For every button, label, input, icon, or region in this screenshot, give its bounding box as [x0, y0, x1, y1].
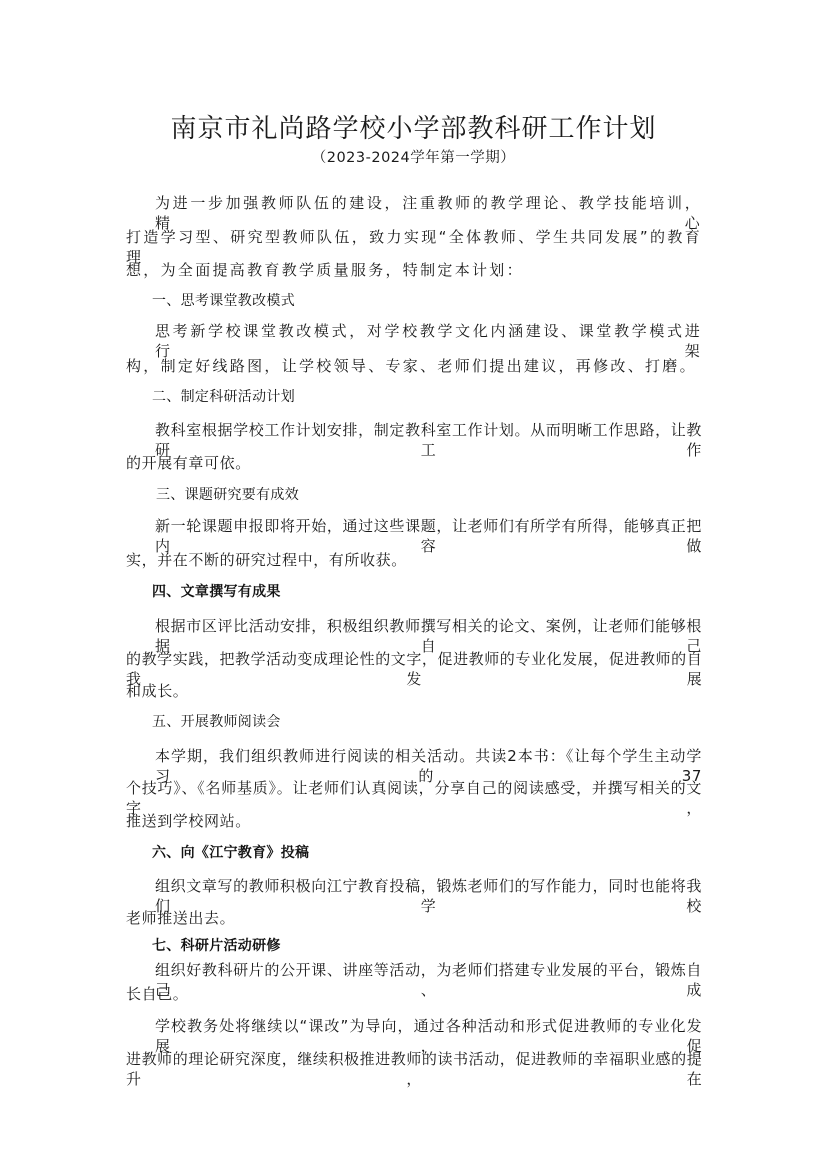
section-heading: 二、制定科研活动计划	[152, 387, 295, 407]
paragraph-line: 思考新学校课堂教改模式，对学校教学文化内涵建设、课堂教学模式进行架	[155, 321, 702, 361]
paragraph-line: 构，制定好线路图，让学校领导、专家、老师们提出建议，再修改、打磨。	[126, 356, 702, 376]
section-heading: 五、开展教师阅读会	[152, 712, 281, 732]
document-page: 南京市礼尚路学校小学部教科研工作计划 （2023-2024学年第一学期） 为进一…	[0, 0, 827, 1170]
paragraph-line: 推送到学校网站。	[126, 811, 702, 831]
document-title: 南京市礼尚路学校小学部教科研工作计划	[0, 108, 827, 145]
paragraph-line: 老师推送出去。	[126, 908, 702, 928]
paragraph-line: 的开展有章可依。	[126, 453, 702, 473]
section-heading: 三、课题研究要有成效	[156, 485, 299, 505]
paragraph-line: 长自己。	[126, 984, 702, 1004]
section-heading: 七、科研片活动研修	[152, 936, 281, 956]
intro-line: 想，为全面提高教育教学质量服务，特制定本计划：	[126, 260, 702, 280]
section-heading: 四、文章撰写有成果	[152, 582, 281, 602]
paragraph-line: 实，并在不断的研究过程中，有所收获。	[126, 550, 702, 570]
paragraph-line: 和成长。	[126, 681, 702, 701]
document-subtitle: （2023-2024学年第一学期）	[0, 146, 827, 167]
section-heading: 六、向《江宁教育》投稿	[152, 843, 309, 863]
section-heading: 一、思考课堂教改模式	[152, 291, 295, 311]
closing-line: 进教师的理论研究深度，继续积极推进教师的读书活动，促进教师的幸福职业感的提升，在	[126, 1049, 702, 1089]
